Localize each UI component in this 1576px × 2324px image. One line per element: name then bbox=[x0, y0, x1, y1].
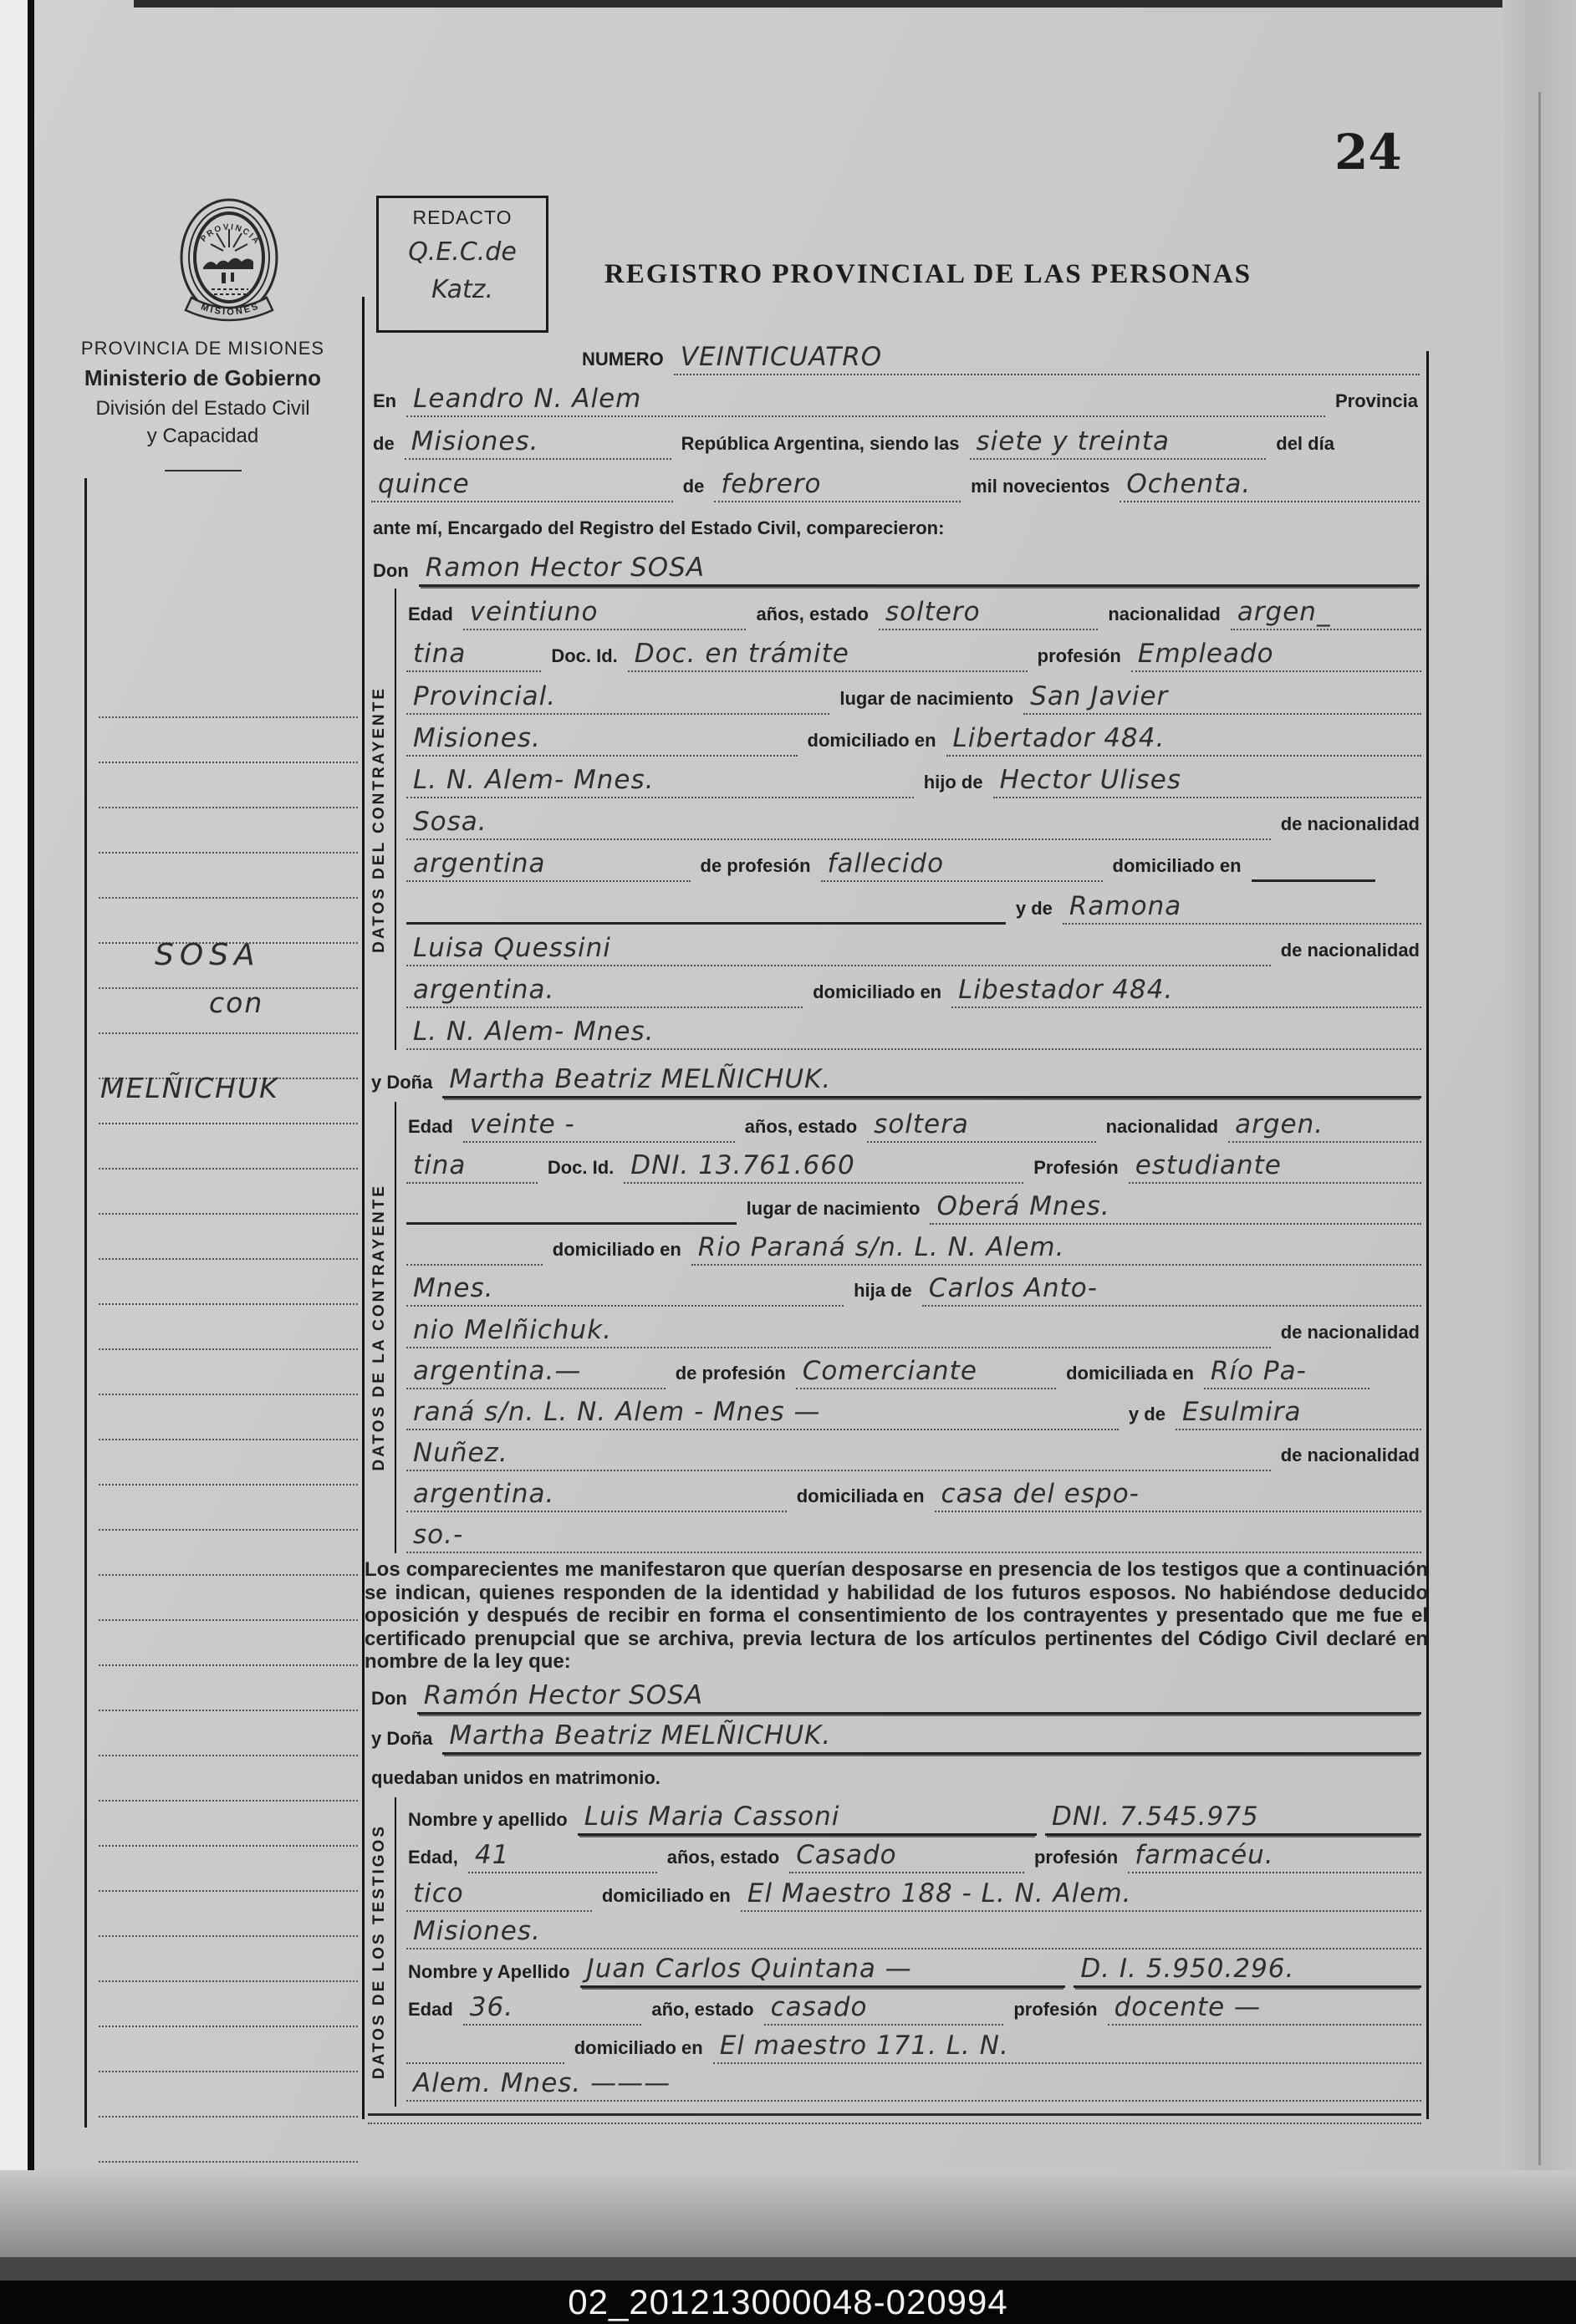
field-label: profesión bbox=[1012, 1999, 1099, 2026]
form-row: y DoñaMartha Beatriz MELÑICHUK. bbox=[366, 1715, 1425, 1754]
margin-ruled-line bbox=[99, 1982, 358, 2027]
misiones-seal: PROVINCIA MISIONES bbox=[170, 189, 288, 331]
field-value: Provincial. bbox=[406, 681, 829, 715]
field-value: Libertador 484. bbox=[946, 723, 1421, 757]
form-row: ante mí, Encargado del Registro del Esta… bbox=[368, 502, 1423, 545]
field-label: lugar de nacimiento bbox=[745, 1198, 922, 1225]
field-label: República Argentina, siendo las bbox=[680, 433, 961, 460]
field-value: El maestro 171. L. N. bbox=[713, 2031, 1421, 2064]
margin-ruled-line bbox=[99, 1395, 358, 1440]
dotted-filler bbox=[406, 2057, 564, 2064]
field-value: argentina. bbox=[406, 1479, 787, 1512]
field-label: ante mí, Encargado del Registro del Esta… bbox=[371, 517, 946, 544]
section-strip-contrayente: DATOS DEL CONTRAYENTE bbox=[365, 589, 396, 1050]
field-value: D. I. 5.950.296. bbox=[1074, 1954, 1421, 1988]
field-value: soltero bbox=[879, 597, 1098, 630]
scan-top-edge bbox=[134, 0, 1576, 8]
margin-ruled-line bbox=[99, 2027, 358, 2072]
field-label: domiciliada en bbox=[1064, 1363, 1196, 1389]
field-value: Doc. en trámite bbox=[628, 639, 1028, 672]
field-value: casa del espo- bbox=[935, 1479, 1421, 1512]
solid-filler bbox=[406, 916, 1006, 925]
field-value: L. N. Alem- Mnes. bbox=[406, 765, 914, 798]
field-value: El Maestro 188 - L. N. Alem. bbox=[741, 1878, 1421, 1912]
field-label: del día bbox=[1274, 433, 1336, 460]
region-union2: DonRamón Hector SOSAy DoñaMartha Beatriz… bbox=[366, 1675, 1425, 1794]
field-value: Carlos Anto- bbox=[922, 1273, 1421, 1307]
form-row: Mnes.hija deCarlos Anto- bbox=[403, 1266, 1425, 1307]
form-row: L. N. Alem- Mnes. bbox=[403, 1008, 1425, 1050]
field-value: veintiuno bbox=[463, 597, 747, 630]
field-value: so.- bbox=[406, 1520, 1421, 1553]
margin-vertical-rule bbox=[84, 478, 87, 2128]
margin-ruled-line bbox=[99, 1576, 358, 1621]
field-label: profesión bbox=[1036, 645, 1123, 672]
field-value: Alem. Mnes. ——— bbox=[406, 2068, 1421, 2102]
field-label: y Doña bbox=[370, 1072, 434, 1098]
section-strip-testigos: DATOS DE LOS TESTIGOS bbox=[365, 1797, 396, 2107]
form-row: Sosa.de nacionalidad bbox=[403, 798, 1425, 840]
scan-left-edge bbox=[0, 0, 28, 2324]
field-value: tina bbox=[406, 639, 541, 672]
field-label: de nacionalidad bbox=[1279, 1445, 1421, 1471]
field-value: casado bbox=[764, 1992, 1004, 2026]
field-value: fallecido bbox=[821, 849, 1103, 882]
field-value: 41 bbox=[468, 1840, 657, 1873]
form-row: argentina.domiciliado enLibestador 484. bbox=[403, 966, 1425, 1008]
field-label: de nacionalidad bbox=[1279, 1322, 1421, 1348]
margin-ruled-line bbox=[99, 673, 358, 718]
margin-ruled-line bbox=[99, 2072, 358, 2118]
field-value: 36. bbox=[463, 1992, 642, 2026]
letterhead-capacity: y Capacidad bbox=[46, 425, 360, 448]
form-row: domiciliado enEl maestro 171. L. N. bbox=[403, 2026, 1425, 2064]
form-row: so.- bbox=[403, 1512, 1425, 1553]
field-value: argentina bbox=[406, 849, 691, 882]
margin-ruled-line bbox=[99, 854, 358, 899]
field-label: Edad bbox=[406, 1999, 455, 2026]
field-label: domiciliado en bbox=[811, 981, 943, 1008]
field-label: Edad bbox=[406, 604, 455, 630]
field-value: docente — bbox=[1108, 1992, 1421, 2026]
field-label: año, estado bbox=[650, 1999, 755, 2026]
margin-note-con: con bbox=[209, 986, 263, 1019]
field-label: de nacionalidad bbox=[1279, 940, 1421, 966]
field-value: argentina. bbox=[406, 975, 803, 1008]
document-title: REGISTRO PROVINCIAL DE LAS PERSONAS bbox=[535, 259, 1321, 290]
letterhead-ministry: Ministerio de Gobierno bbox=[46, 365, 360, 391]
field-label: nacionalidad bbox=[1106, 604, 1222, 630]
margin-ruled-line bbox=[99, 1260, 358, 1305]
field-value: Misiones. bbox=[405, 426, 671, 460]
form-row: Edadveintiunoaños, estadosolteronacional… bbox=[403, 589, 1425, 630]
form-row: tinaDoc. Id.DNI. 13.761.660Profesiónestu… bbox=[403, 1143, 1425, 1184]
margin-ruled-line bbox=[99, 1666, 358, 1711]
field-value: Nuñez. bbox=[406, 1438, 1271, 1471]
form-row: Nombre y apellidoLuis Maria CassoniDNI. … bbox=[403, 1797, 1425, 1836]
form-row: Edadveinte -años, estadosolteranacionali… bbox=[403, 1102, 1425, 1143]
scan-bottom-shade bbox=[0, 2170, 1576, 2257]
field-value: Mnes. bbox=[406, 1273, 844, 1307]
field-value: DNI. 13.761.660 bbox=[624, 1150, 1023, 1184]
field-value: febrero bbox=[714, 469, 961, 502]
field-label: años, estado bbox=[754, 604, 870, 630]
field-label: lugar de nacimiento bbox=[838, 688, 1015, 715]
field-value: nio Melñichuk. bbox=[406, 1315, 1271, 1348]
field-value: siete y treinta bbox=[970, 426, 1267, 460]
field-label: y de bbox=[1014, 898, 1054, 925]
margin-ruled-line bbox=[99, 1937, 358, 1982]
solid-filler bbox=[406, 1216, 737, 1225]
margin-note-groom-surname: SOSA bbox=[155, 938, 261, 972]
field-label: de bbox=[371, 433, 396, 460]
field-value: tico bbox=[406, 1878, 592, 1912]
field-value: VEINTICUATRO bbox=[674, 342, 1420, 375]
form-row: NUMEROVEINTICUATRO bbox=[368, 333, 1423, 375]
section-strip-contrayente-f: DATOS DE LA CONTRAYENTE bbox=[365, 1102, 396, 1553]
field-value: Sosa. bbox=[406, 807, 1271, 840]
field-label: domiciliado en bbox=[551, 1239, 683, 1266]
declaration-paragraph: Los comparecientes me manifestaron que q… bbox=[365, 1558, 1428, 1674]
form-row: domiciliado enRio Paraná s/n. L. N. Alem… bbox=[403, 1225, 1425, 1266]
field-value: Luis Maria Cassoni bbox=[578, 1802, 1037, 1836]
margin-ruled-line bbox=[99, 1711, 358, 1756]
form-row: argentinade profesiónfallecidodomiciliad… bbox=[403, 840, 1425, 882]
form-row: raná s/n. L. N. Alem - Mnes —y deEsulmir… bbox=[403, 1389, 1425, 1430]
field-value: L. N. Alem- Mnes. bbox=[406, 1017, 1421, 1050]
field-value: farmacéu. bbox=[1128, 1840, 1421, 1873]
field-label: domiciliado en bbox=[600, 1885, 732, 1912]
letterhead: PROVINCIA DE MISIONES Ministerio de Gobi… bbox=[46, 338, 360, 471]
microfilm-code: 02_201213000048-020994 bbox=[568, 2282, 1008, 2322]
field-label: NUMERO bbox=[580, 349, 666, 375]
field-label: hijo de bbox=[922, 772, 985, 798]
field-label: años, estado bbox=[666, 1847, 781, 1873]
closing-rule bbox=[368, 2113, 1421, 2124]
field-value: Casado bbox=[789, 1840, 1024, 1873]
field-value: DNI. 7.545.975 bbox=[1045, 1802, 1421, 1836]
field-value: Luisa Quessini bbox=[406, 933, 1271, 966]
field-value: Hector Ulises bbox=[993, 765, 1421, 798]
form-row: EnLeandro N. AlemProvincia bbox=[368, 375, 1423, 418]
margin-ruled-line bbox=[99, 1170, 358, 1215]
field-value: Ochenta. bbox=[1120, 469, 1420, 502]
field-label: domiciliado en bbox=[806, 730, 938, 757]
field-value: San Javier bbox=[1023, 681, 1421, 715]
field-value: argen. bbox=[1228, 1109, 1421, 1143]
section-label-contrayente-f: DATOS DE LA CONTRAYENTE bbox=[370, 1184, 389, 1470]
dotted-filler bbox=[406, 1259, 543, 1266]
field-label: Edad bbox=[406, 1116, 455, 1143]
letterhead-province: PROVINCIA DE MISIONES bbox=[46, 338, 360, 359]
letterhead-division: División del Estado Civil bbox=[46, 397, 360, 420]
page-fold-line bbox=[1538, 92, 1541, 2165]
form-row: lugar de nacimientoOberá Mnes. bbox=[403, 1184, 1425, 1225]
margin-ruled-line bbox=[99, 1440, 358, 1486]
field-label: años, estado bbox=[743, 1116, 859, 1143]
form-row: tinaDoc. Id.Doc. en trámiteprofesiónEmpl… bbox=[403, 630, 1425, 672]
field-value: Libestador 484. bbox=[951, 975, 1421, 1008]
field-value: Ramon Hector SOSA bbox=[419, 553, 1420, 587]
field-label: nacionalidad bbox=[1104, 1116, 1220, 1143]
field-label: Nombre y apellido bbox=[406, 1809, 569, 1836]
margin-ruled-line bbox=[99, 1486, 358, 1531]
margin-ruled-line bbox=[99, 1124, 358, 1170]
margin-ruled-line bbox=[99, 1621, 358, 1666]
form-row: DonRamón Hector SOSA bbox=[366, 1675, 1425, 1715]
form-row: Provincial.lugar de nacimientoSan Javier bbox=[403, 672, 1425, 714]
field-label: En bbox=[371, 390, 398, 417]
field-value: Martha Beatriz MELÑICHUK. bbox=[442, 1064, 1421, 1098]
field-value: tina bbox=[406, 1150, 538, 1184]
solid-filler bbox=[1252, 874, 1375, 882]
stamp-signature: Katz. bbox=[431, 275, 493, 304]
field-value: argen_ bbox=[1231, 597, 1421, 630]
margin-ruled-line bbox=[99, 718, 358, 763]
region-testigos: Nombre y apellidoLuis Maria CassoniDNI. … bbox=[403, 1797, 1425, 2102]
field-value: Empleado bbox=[1131, 639, 1421, 672]
field-value: Ramón Hector SOSA bbox=[417, 1680, 1421, 1715]
form-row: argentina.domiciliada encasa del espo- bbox=[403, 1471, 1425, 1512]
field-label: Don bbox=[370, 1688, 409, 1715]
field-label: quedaban unidos en matrimonio. bbox=[370, 1767, 662, 1794]
scan-edge-line bbox=[28, 0, 34, 2324]
form-row: argentina.—de profesiónComerciantedomici… bbox=[403, 1348, 1425, 1389]
field-value: Misiones. bbox=[406, 723, 798, 757]
margin-note-bride-surname: MELÑICHUK bbox=[100, 1072, 279, 1104]
field-label: Profesión bbox=[1032, 1157, 1120, 1184]
field-value: Esulmira bbox=[1176, 1397, 1421, 1430]
margin-ruled-line bbox=[99, 1305, 358, 1350]
field-label: Nombre y Apellido bbox=[406, 1961, 572, 1988]
field-label: Edad, bbox=[406, 1847, 460, 1873]
field-label: de profesión bbox=[699, 855, 813, 882]
field-value: Martha Beatriz MELÑICHUK. bbox=[442, 1720, 1421, 1755]
redacto-stamp: REDACTO Q.E.C.de Katz. bbox=[376, 196, 548, 333]
margin-ruled-line bbox=[99, 808, 358, 854]
field-label: y de bbox=[1127, 1404, 1167, 1430]
margin-ruled-line bbox=[99, 1215, 358, 1260]
field-label: Doc. Id. bbox=[549, 645, 619, 672]
page-number: 24 bbox=[1334, 124, 1402, 181]
microfilm-footer-bar: 02_201213000048-020994 bbox=[0, 2281, 1576, 2324]
field-label: de bbox=[681, 476, 706, 502]
stamp-title: REDACTO bbox=[412, 206, 512, 229]
scan-bottom-band bbox=[0, 2257, 1576, 2281]
region-contrayente: Edadveintiunoaños, estadosolteronacional… bbox=[403, 589, 1425, 1050]
field-value: Misiones. bbox=[406, 1916, 1421, 1949]
field-label: domiciliada en bbox=[795, 1486, 926, 1512]
form-row: ticodomiciliado enEl Maestro 188 - L. N.… bbox=[403, 1873, 1425, 1912]
form-row: L. N. Alem- Mnes.hijo deHector Ulises bbox=[403, 757, 1425, 798]
margin-ruled-line bbox=[99, 1892, 358, 1937]
field-label: Don bbox=[371, 560, 411, 587]
field-value: Río Pa- bbox=[1204, 1356, 1370, 1389]
margin-ruled-line bbox=[99, 1531, 358, 1576]
margin-ruled-lines bbox=[99, 673, 358, 2163]
field-value: Ramona bbox=[1063, 891, 1421, 925]
field-label: y Doña bbox=[370, 1728, 434, 1755]
form-row: y DoñaMartha Beatriz MELÑICHUK. bbox=[366, 1050, 1425, 1098]
spacer bbox=[671, 1791, 1421, 1794]
form-row: Alem. Mnes. ——— bbox=[403, 2064, 1425, 2102]
form-row: Nuñez.de nacionalidad bbox=[403, 1430, 1425, 1471]
field-value: Comerciante bbox=[796, 1356, 1056, 1389]
margin-ruled-line bbox=[99, 899, 358, 944]
field-value: raná s/n. L. N. Alem - Mnes — bbox=[406, 1397, 1119, 1430]
margin-ruled-line bbox=[99, 1847, 358, 1892]
field-value: Leandro N. Alem bbox=[406, 384, 1325, 417]
field-label: Provincia bbox=[1334, 390, 1420, 417]
form-row: deMisiones.República Argentina, siendo l… bbox=[368, 417, 1423, 460]
form-row: nio Melñichuk.de nacionalidad bbox=[403, 1307, 1425, 1348]
form-right-border bbox=[1426, 351, 1429, 2119]
field-label: domiciliado en bbox=[573, 2037, 705, 2064]
form-row: Nombre y ApellidoJuan Carlos Quintana —D… bbox=[403, 1949, 1425, 1988]
region-contrayente-f: Edadveinte -años, estadosolteranacionali… bbox=[403, 1102, 1425, 1553]
form-row: Edad,41años, estadoCasadoprofesiónfarmac… bbox=[403, 1836, 1425, 1874]
field-value: quince bbox=[371, 469, 673, 502]
field-value: soltera bbox=[867, 1109, 1095, 1143]
form-row: Misiones. bbox=[403, 1912, 1425, 1950]
field-label: profesión bbox=[1033, 1847, 1120, 1873]
field-value: veinte - bbox=[463, 1109, 735, 1143]
form-row: Luisa Quessinide nacionalidad bbox=[403, 925, 1425, 966]
field-label: domiciliado en bbox=[1111, 855, 1243, 882]
field-label: de profesión bbox=[674, 1363, 788, 1389]
field-label: Doc. Id. bbox=[546, 1157, 615, 1184]
form-row: Misiones.domiciliado enLibertador 484. bbox=[403, 715, 1425, 757]
field-label: hija de bbox=[852, 1280, 914, 1307]
form-row: y deRamona bbox=[403, 882, 1425, 924]
form-row: DonRamon Hector SOSA bbox=[368, 544, 1423, 587]
form-row: Edad36.año, estadocasadoprofesióndocente… bbox=[403, 1988, 1425, 2026]
section-label-contrayente: DATOS DEL CONTRAYENTE bbox=[370, 686, 389, 953]
scanned-document-page: 24 PROVINCIA MISIONES PROVINCIA DE MISIO… bbox=[0, 0, 1576, 2324]
margin-ruled-line bbox=[99, 763, 358, 808]
field-value: Rio Paraná s/n. L. N. Alem. bbox=[691, 1232, 1421, 1266]
margin-ruled-line bbox=[99, 1350, 358, 1395]
field-value: Juan Carlos Quintana — bbox=[580, 1954, 1066, 1988]
stamp-initials: Q.E.C.de bbox=[408, 237, 517, 267]
form-row: quincedefebreromil novecientosOchenta. bbox=[368, 460, 1423, 502]
form-row: quedaban unidos en matrimonio. bbox=[366, 1755, 1425, 1794]
margin-ruled-line bbox=[99, 1802, 358, 1847]
field-value: Oberá Mnes. bbox=[930, 1191, 1421, 1225]
region-union1: y DoñaMartha Beatriz MELÑICHUK. bbox=[366, 1050, 1425, 1098]
letterhead-divider bbox=[165, 470, 242, 471]
field-label: mil novecientos bbox=[969, 476, 1111, 502]
section-label-testigos: DATOS DE LOS TESTIGOS bbox=[370, 1824, 389, 2079]
field-value: estudiante bbox=[1129, 1150, 1421, 1184]
region-header: NUMEROVEINTICUATROEnLeandro N. AlemProvi… bbox=[368, 333, 1423, 587]
field-value: argentina.— bbox=[406, 1356, 666, 1389]
margin-ruled-line bbox=[99, 1756, 358, 1802]
field-label: de nacionalidad bbox=[1279, 813, 1421, 840]
margin-ruled-line bbox=[99, 2118, 358, 2163]
